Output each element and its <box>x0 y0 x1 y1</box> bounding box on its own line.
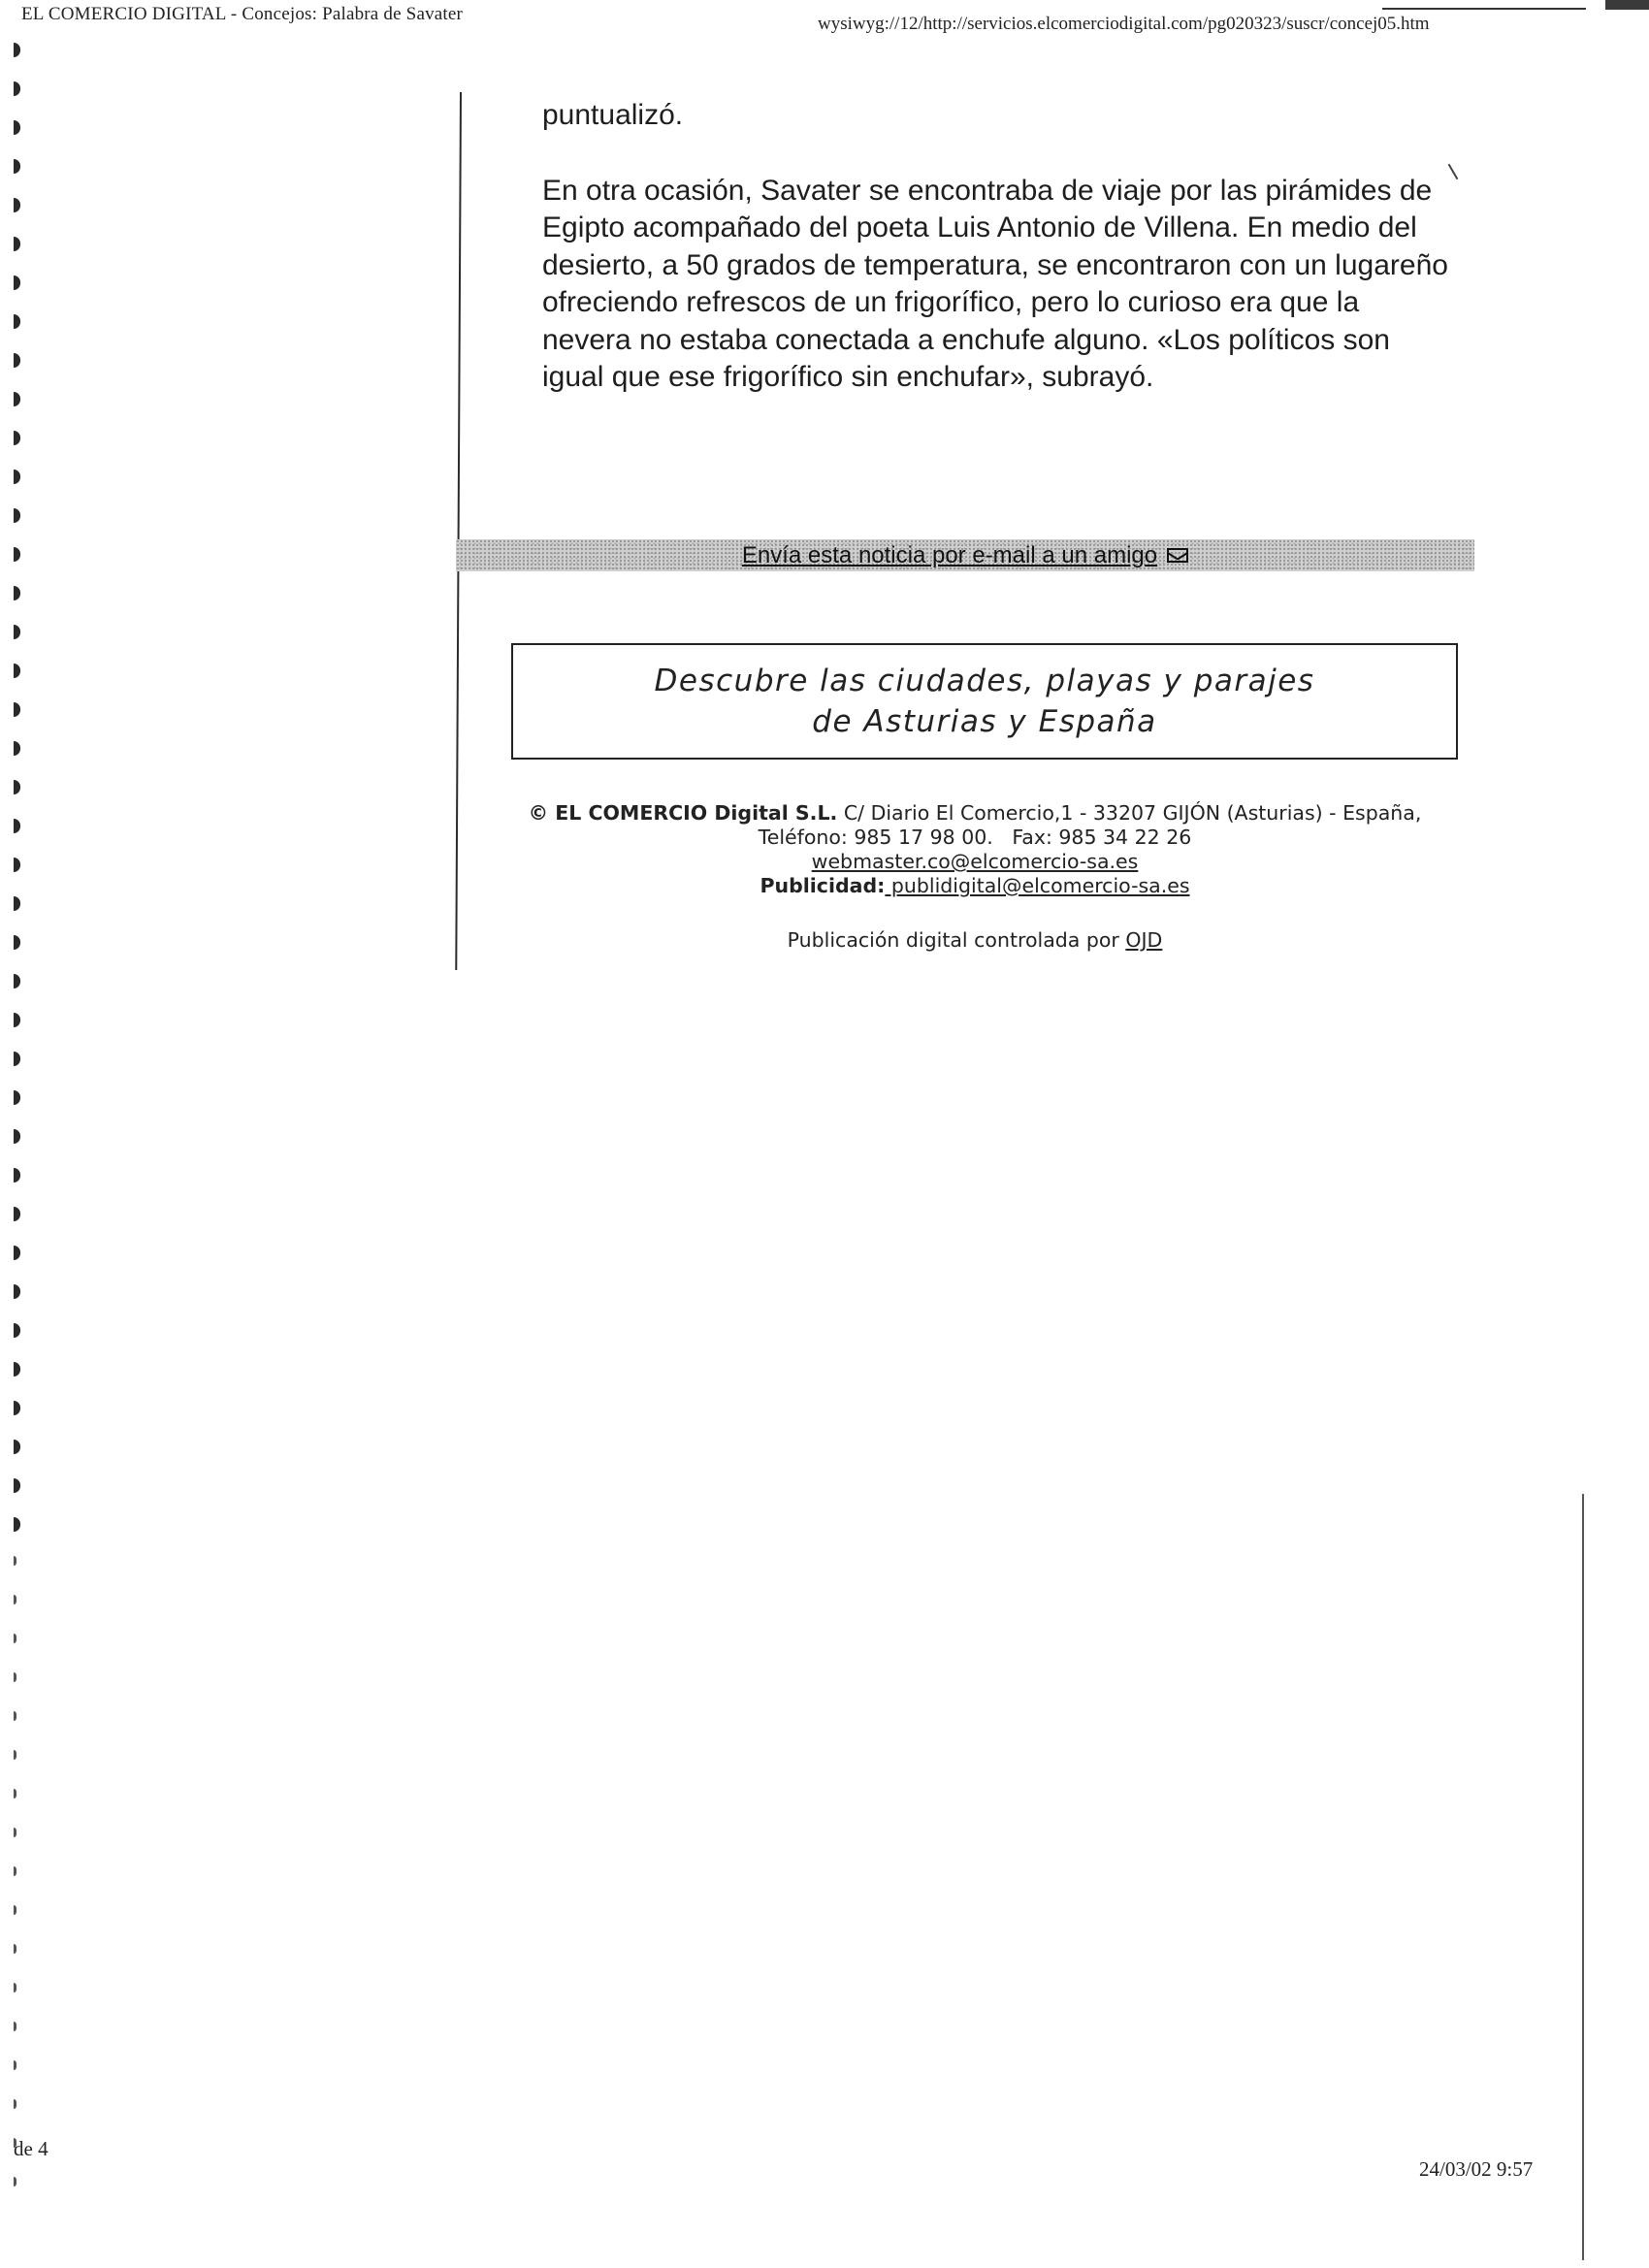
page-right-edge <box>1582 1494 1584 2260</box>
binder-hole <box>14 1478 20 1493</box>
ads-label: Publicidad: <box>760 874 885 897</box>
binder-hole <box>14 1401 20 1415</box>
banner-line-1: Descubre las ciudades, playas y parajes <box>655 661 1315 701</box>
binder-hole <box>14 353 20 368</box>
binder-hole <box>14 858 20 872</box>
footer-company: © EL COMERCIO Digital S.L. <box>529 801 838 825</box>
controlled-by-text: Publicación digital controlada por <box>788 928 1119 952</box>
binder-hole <box>14 896 20 911</box>
corner-mark <box>1605 0 1649 10</box>
binder-hole <box>14 1013 20 1027</box>
binder-hole <box>14 1789 16 1798</box>
binder-hole <box>14 664 20 678</box>
binder-hole <box>14 431 20 445</box>
binder-hole <box>14 1129 20 1144</box>
footer-address: C/ Diario El Comercio,1 - 33207 GIJÓN (A… <box>844 801 1422 825</box>
binder-hole <box>14 1750 16 1760</box>
site-footer: © EL COMERCIO Digital S.L. C/ Diario El … <box>466 801 1484 953</box>
ads-email-link[interactable]: publidigital@elcomercio-sa.es <box>885 874 1189 897</box>
binder-hole <box>14 1828 16 1837</box>
binder-hole <box>14 1517 20 1532</box>
binder-hole <box>14 1090 20 1105</box>
binder-hole <box>14 2060 16 2070</box>
binder-hole <box>14 81 20 96</box>
binder-hole <box>14 1362 20 1377</box>
footer-phone-fax: Teléfono: 985 17 98 00. Fax: 985 34 22 2… <box>466 826 1484 850</box>
print-timestamp: 24/03/02 9:57 <box>1419 2157 1533 2182</box>
binder-hole <box>14 741 20 756</box>
ojd-link[interactable]: OJD <box>1125 928 1162 952</box>
email-to-friend-link[interactable]: Envía esta noticia por e-mail a un amigo <box>742 542 1157 569</box>
binder-hole <box>14 780 20 794</box>
tourism-banner[interactable]: Descubre las ciudades, playas y parajes … <box>511 643 1458 760</box>
binder-hole <box>14 1866 16 1876</box>
binder-hole <box>14 2099 16 2109</box>
binder-hole <box>14 586 20 600</box>
webmaster-email-link[interactable]: webmaster.co@elcomercio-sa.es <box>812 850 1139 873</box>
page-indicator: de 4 <box>14 2137 48 2161</box>
binder-hole <box>14 314 20 329</box>
print-header-title: EL COMERCIO DIGITAL - Concejos: Palabra … <box>21 4 463 25</box>
email-share-bar: Envía esta noticia por e-mail a un amigo <box>456 539 1474 571</box>
footer-address-line: © EL COMERCIO Digital S.L. C/ Diario El … <box>466 801 1484 826</box>
binder-hole <box>14 1983 16 1993</box>
binder-hole <box>14 625 20 639</box>
binder-hole <box>14 702 20 717</box>
binder-hole <box>14 1944 16 1954</box>
binder-hole <box>14 1905 16 1915</box>
banner-line-2: de Asturias y España <box>812 701 1156 742</box>
binder-hole <box>14 237 20 251</box>
binder-hole <box>14 819 20 833</box>
binder-hole <box>14 974 20 988</box>
article-paragraph: puntualizó. <box>542 97 1454 135</box>
binder-hole <box>14 1595 16 1604</box>
binder-hole <box>14 1556 16 1566</box>
binder-hole <box>14 1207 20 1221</box>
binder-hole <box>14 547 20 562</box>
binder-hole <box>14 1052 20 1066</box>
top-rule <box>1382 8 1586 10</box>
binder-hole <box>14 1634 16 1643</box>
binder-hole <box>14 1711 16 1721</box>
binder-hole <box>14 275 20 290</box>
binder-hole <box>14 2177 16 2187</box>
binder-hole <box>14 508 20 523</box>
binder-hole <box>14 2022 16 2031</box>
binder-hole <box>14 935 20 950</box>
binder-hole <box>14 1323 20 1338</box>
binder-hole <box>14 392 20 406</box>
print-header-url: wysiwyg://12/http://servicios.elcomercio… <box>818 14 1430 35</box>
envelope-icon[interactable] <box>1167 548 1188 563</box>
article-body: puntualizó. En otra ocasión, Savater se … <box>542 97 1454 435</box>
binder-hole <box>14 1284 20 1299</box>
binder-hole <box>14 1168 20 1183</box>
binder-hole <box>14 470 20 484</box>
binder-hole <box>14 43 20 57</box>
binder-hole <box>14 159 20 174</box>
binder-hole <box>14 198 20 212</box>
binder-hole <box>14 1672 16 1682</box>
binder-hole <box>14 120 20 135</box>
content-left-border <box>455 92 462 970</box>
article-paragraph: En otra ocasión, Savater se encontraba d… <box>542 173 1454 397</box>
email-to-friend-label: Envía esta noticia por e-mail a un amigo <box>742 542 1157 568</box>
binder-hole <box>14 1440 20 1454</box>
binder-hole <box>14 1246 20 1260</box>
